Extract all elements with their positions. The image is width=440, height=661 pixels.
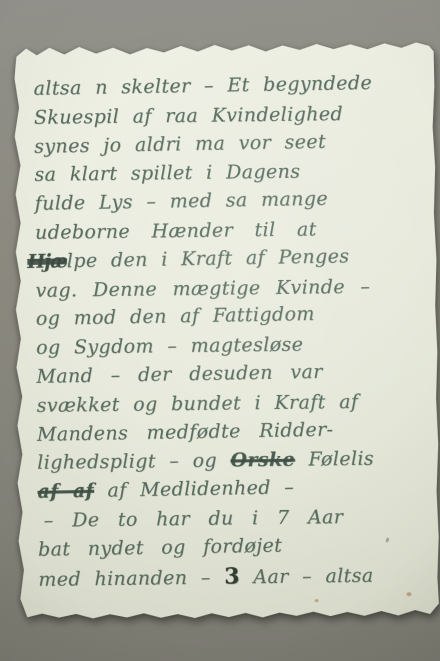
handwriting-text: med hinanden –	[38, 566, 224, 590]
handwriting-text: Skuespil af raa Kvindelighed	[34, 103, 343, 129]
handwriting-text: sa klart spillet i Dagens	[34, 161, 300, 186]
handwriting-text: synes jo aldri ma vor seet	[34, 130, 326, 157]
handwriting-text: af Medlidenhed –	[94, 476, 294, 501]
manuscript-paper: altsa n skelter – Et begyndedeSkuespil a…	[11, 40, 440, 622]
handwriting-text: Aar – altsa	[240, 564, 374, 588]
manuscript-paper-wrapper: altsa n skelter – Et begyndedeSkuespil a…	[11, 40, 440, 622]
handwriting-text: Mand – der desuden var	[36, 361, 323, 388]
manuscript-line: Mand – der desuden var	[36, 356, 432, 392]
manuscript-line: fulde Lys – med sa mange	[35, 183, 431, 219]
handwriting-text: fulde Lys – med sa mange	[35, 188, 329, 215]
handwriting-text: – De to har du i 7 Aar	[44, 506, 344, 532]
handwriting-text: og Sygdom – magtesløse	[36, 334, 303, 359]
handwriting-text: og mod den af Fattigdom	[36, 303, 315, 330]
manuscript-line: Hjælpe den i Kraft af Penges	[27, 241, 431, 277]
handwriting-text: lpe den i Kraft af Penges	[67, 245, 350, 272]
struck-text: Hjæ	[27, 250, 67, 273]
handwriting-text: Mandens medfødte Ridder-	[37, 418, 334, 445]
struck-text: Orske	[230, 449, 295, 472]
handwriting-text: udeborne Hænder til at	[35, 218, 317, 243]
handwriting-text: bat nydet og fordøjet	[38, 534, 283, 560]
manuscript-line: med hinanden – 3 Aar – altsa	[38, 560, 434, 595]
photo-background: altsa n skelter – Et begyndedeSkuespil a…	[0, 0, 440, 661]
handwriting-text: vag. Denne mægtige Kvinde –	[35, 275, 370, 301]
manuscript-text: altsa n skelter – Et begyndedeSkuespil a…	[34, 71, 435, 592]
handwriting-text: svækket og bundet i Kraft af	[37, 391, 359, 417]
manuscript-line: altsa n skelter – Et begyndede	[33, 68, 429, 104]
paper-speck	[315, 599, 319, 602]
manuscript-line: og mod den af Fattigdom	[36, 298, 432, 334]
manuscript-line: af af af Medlidenhed –	[37, 471, 433, 507]
handwriting-text: lighedspligt – og	[37, 450, 231, 474]
manuscript-line: bat nydet og fordøjet	[38, 529, 434, 565]
paper-speck	[407, 592, 412, 596]
emphasized-text: 3	[224, 563, 240, 589]
handwriting-text: Følelis	[295, 448, 374, 471]
struck-text: af af	[37, 480, 94, 503]
handwriting-text: altsa n skelter – Et begyndede	[33, 72, 372, 100]
